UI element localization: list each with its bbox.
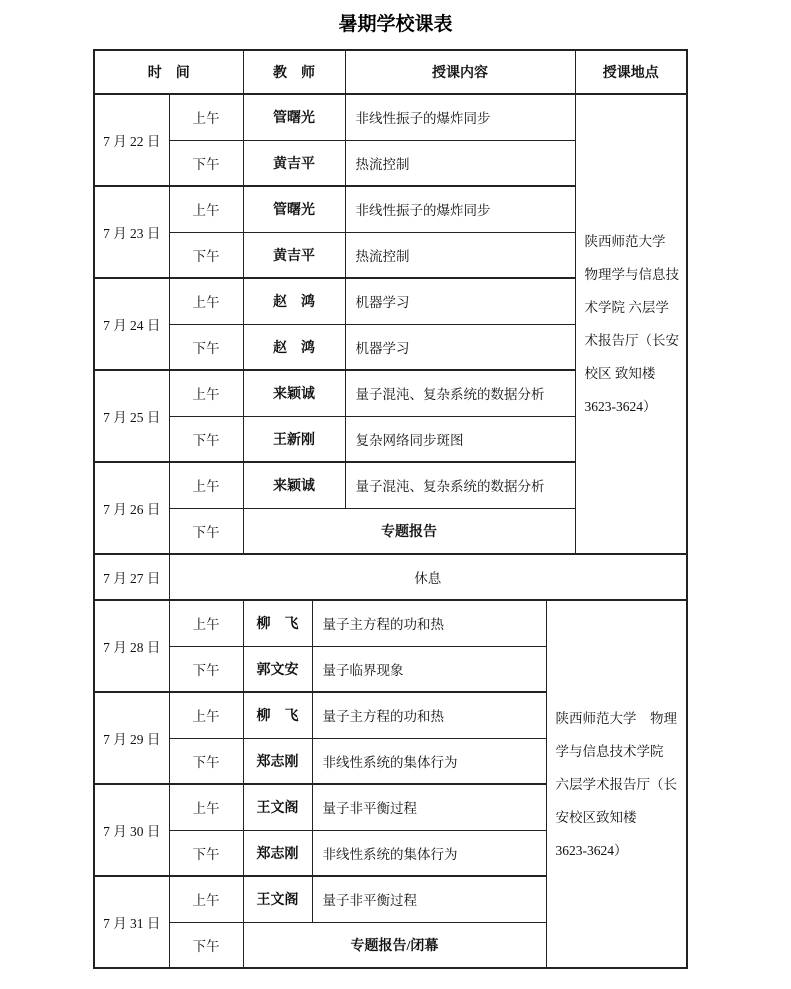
course-content: 量子混沌、复杂系统的数据分析	[345, 370, 575, 416]
date-cell: 7 月 27 日	[94, 554, 169, 600]
schedule-table-lower: 7 月 28 日 上午 柳 飞 量子主方程的功和热 陕西师范大学 物理 学与信息…	[93, 599, 688, 969]
course-content: 非线性系统的集体行为	[312, 830, 546, 876]
schedule-table-upper: 时 间 教 师 授课内容 授课地点 7 月 22 日 上午 管曙光 非线性振子的…	[93, 49, 688, 601]
course-content: 非线性振子的爆炸同步	[345, 94, 575, 140]
teacher-name: 郭文安	[243, 646, 312, 692]
date-cell: 7 月 25 日	[94, 370, 169, 462]
pm-label: 下午	[169, 140, 243, 186]
date-cell: 7 月 29 日	[94, 692, 169, 784]
pm-label: 下午	[169, 416, 243, 462]
document-page: 暑期学校课表 时 间 教 师 授课内容 授课地点 7 月 22 日 上午 管曙光…	[0, 0, 791, 989]
am-label: 上午	[169, 278, 243, 324]
course-content: 机器学习	[345, 278, 575, 324]
am-label: 上午	[169, 94, 243, 140]
date-cell: 7 月 23 日	[94, 186, 169, 278]
teacher-name: 王新刚	[243, 416, 345, 462]
teacher-name: 管曙光	[243, 186, 345, 232]
pm-label: 下午	[169, 830, 243, 876]
teacher-name: 王文阁	[243, 876, 312, 922]
teacher-name: 赵 鸿	[243, 278, 345, 324]
teacher-name: 来颖诚	[243, 462, 345, 508]
special-session-cell: 专题报告/闭幕	[243, 922, 546, 968]
header-content: 授课内容	[345, 50, 575, 94]
course-content: 量子混沌、复杂系统的数据分析	[345, 462, 575, 508]
header-row: 时 间 教 师 授课内容 授课地点	[94, 50, 687, 94]
pm-label: 下午	[169, 646, 243, 692]
am-label: 上午	[169, 186, 243, 232]
date-cell: 7 月 31 日	[94, 876, 169, 968]
teacher-name: 黄吉平	[243, 140, 345, 186]
course-content: 量子主方程的功和热	[312, 692, 546, 738]
teacher-name: 来颖诚	[243, 370, 345, 416]
course-content: 量子非平衡过程	[312, 876, 546, 922]
table-row: 7 月 28 日 上午 柳 飞 量子主方程的功和热 陕西师范大学 物理 学与信息…	[94, 600, 687, 646]
am-label: 上午	[169, 876, 243, 922]
course-content: 热流控制	[345, 140, 575, 186]
teacher-name: 管曙光	[243, 94, 345, 140]
course-content: 非线性系统的集体行为	[312, 738, 546, 784]
date-cell: 7 月 24 日	[94, 278, 169, 370]
teacher-name: 王文阁	[243, 784, 312, 830]
rest-row: 7 月 27 日 休息	[94, 554, 687, 600]
teacher-name: 柳 飞	[243, 600, 312, 646]
date-cell: 7 月 22 日	[94, 94, 169, 186]
location-cell-lower: 陕西师范大学 物理 学与信息技术学院 六层学术报告厅（长 安校区致知楼 3623…	[546, 600, 687, 968]
pm-label: 下午	[169, 324, 243, 370]
pm-label: 下午	[169, 232, 243, 278]
course-content: 非线性振子的爆炸同步	[345, 186, 575, 232]
teacher-name: 赵 鸿	[243, 324, 345, 370]
course-content: 热流控制	[345, 232, 575, 278]
course-content: 量子非平衡过程	[312, 784, 546, 830]
special-session-cell: 专题报告	[243, 508, 575, 554]
am-label: 上午	[169, 784, 243, 830]
am-label: 上午	[169, 600, 243, 646]
course-content: 机器学习	[345, 324, 575, 370]
header-teacher: 教 师	[243, 50, 345, 94]
am-label: 上午	[169, 462, 243, 508]
header-time: 时 间	[94, 50, 243, 94]
course-content: 复杂网络同步斑图	[345, 416, 575, 462]
am-label: 上午	[169, 692, 243, 738]
date-cell: 7 月 26 日	[94, 462, 169, 554]
course-content: 量子临界现象	[312, 646, 546, 692]
pm-label: 下午	[169, 508, 243, 554]
course-content: 量子主方程的功和热	[312, 600, 546, 646]
page-title: 暑期学校课表	[0, 0, 791, 36]
teacher-name: 柳 飞	[243, 692, 312, 738]
pm-label: 下午	[169, 922, 243, 968]
schedule-tables: 时 间 教 师 授课内容 授课地点 7 月 22 日 上午 管曙光 非线性振子的…	[93, 49, 791, 969]
pm-label: 下午	[169, 738, 243, 784]
teacher-name: 黄吉平	[243, 232, 345, 278]
rest-label: 休息	[169, 554, 687, 600]
date-cell: 7 月 28 日	[94, 600, 169, 692]
teacher-name: 郑志刚	[243, 738, 312, 784]
table-row: 7 月 22 日 上午 管曙光 非线性振子的爆炸同步 陕西师范大学 物理学与信息…	[94, 94, 687, 140]
teacher-name: 郑志刚	[243, 830, 312, 876]
location-cell-upper: 陕西师范大学 物理学与信息技 术学院 六层学 术报告厅（长安 校区 致知楼 36…	[575, 94, 687, 554]
date-cell: 7 月 30 日	[94, 784, 169, 876]
header-location: 授课地点	[575, 50, 687, 94]
am-label: 上午	[169, 370, 243, 416]
